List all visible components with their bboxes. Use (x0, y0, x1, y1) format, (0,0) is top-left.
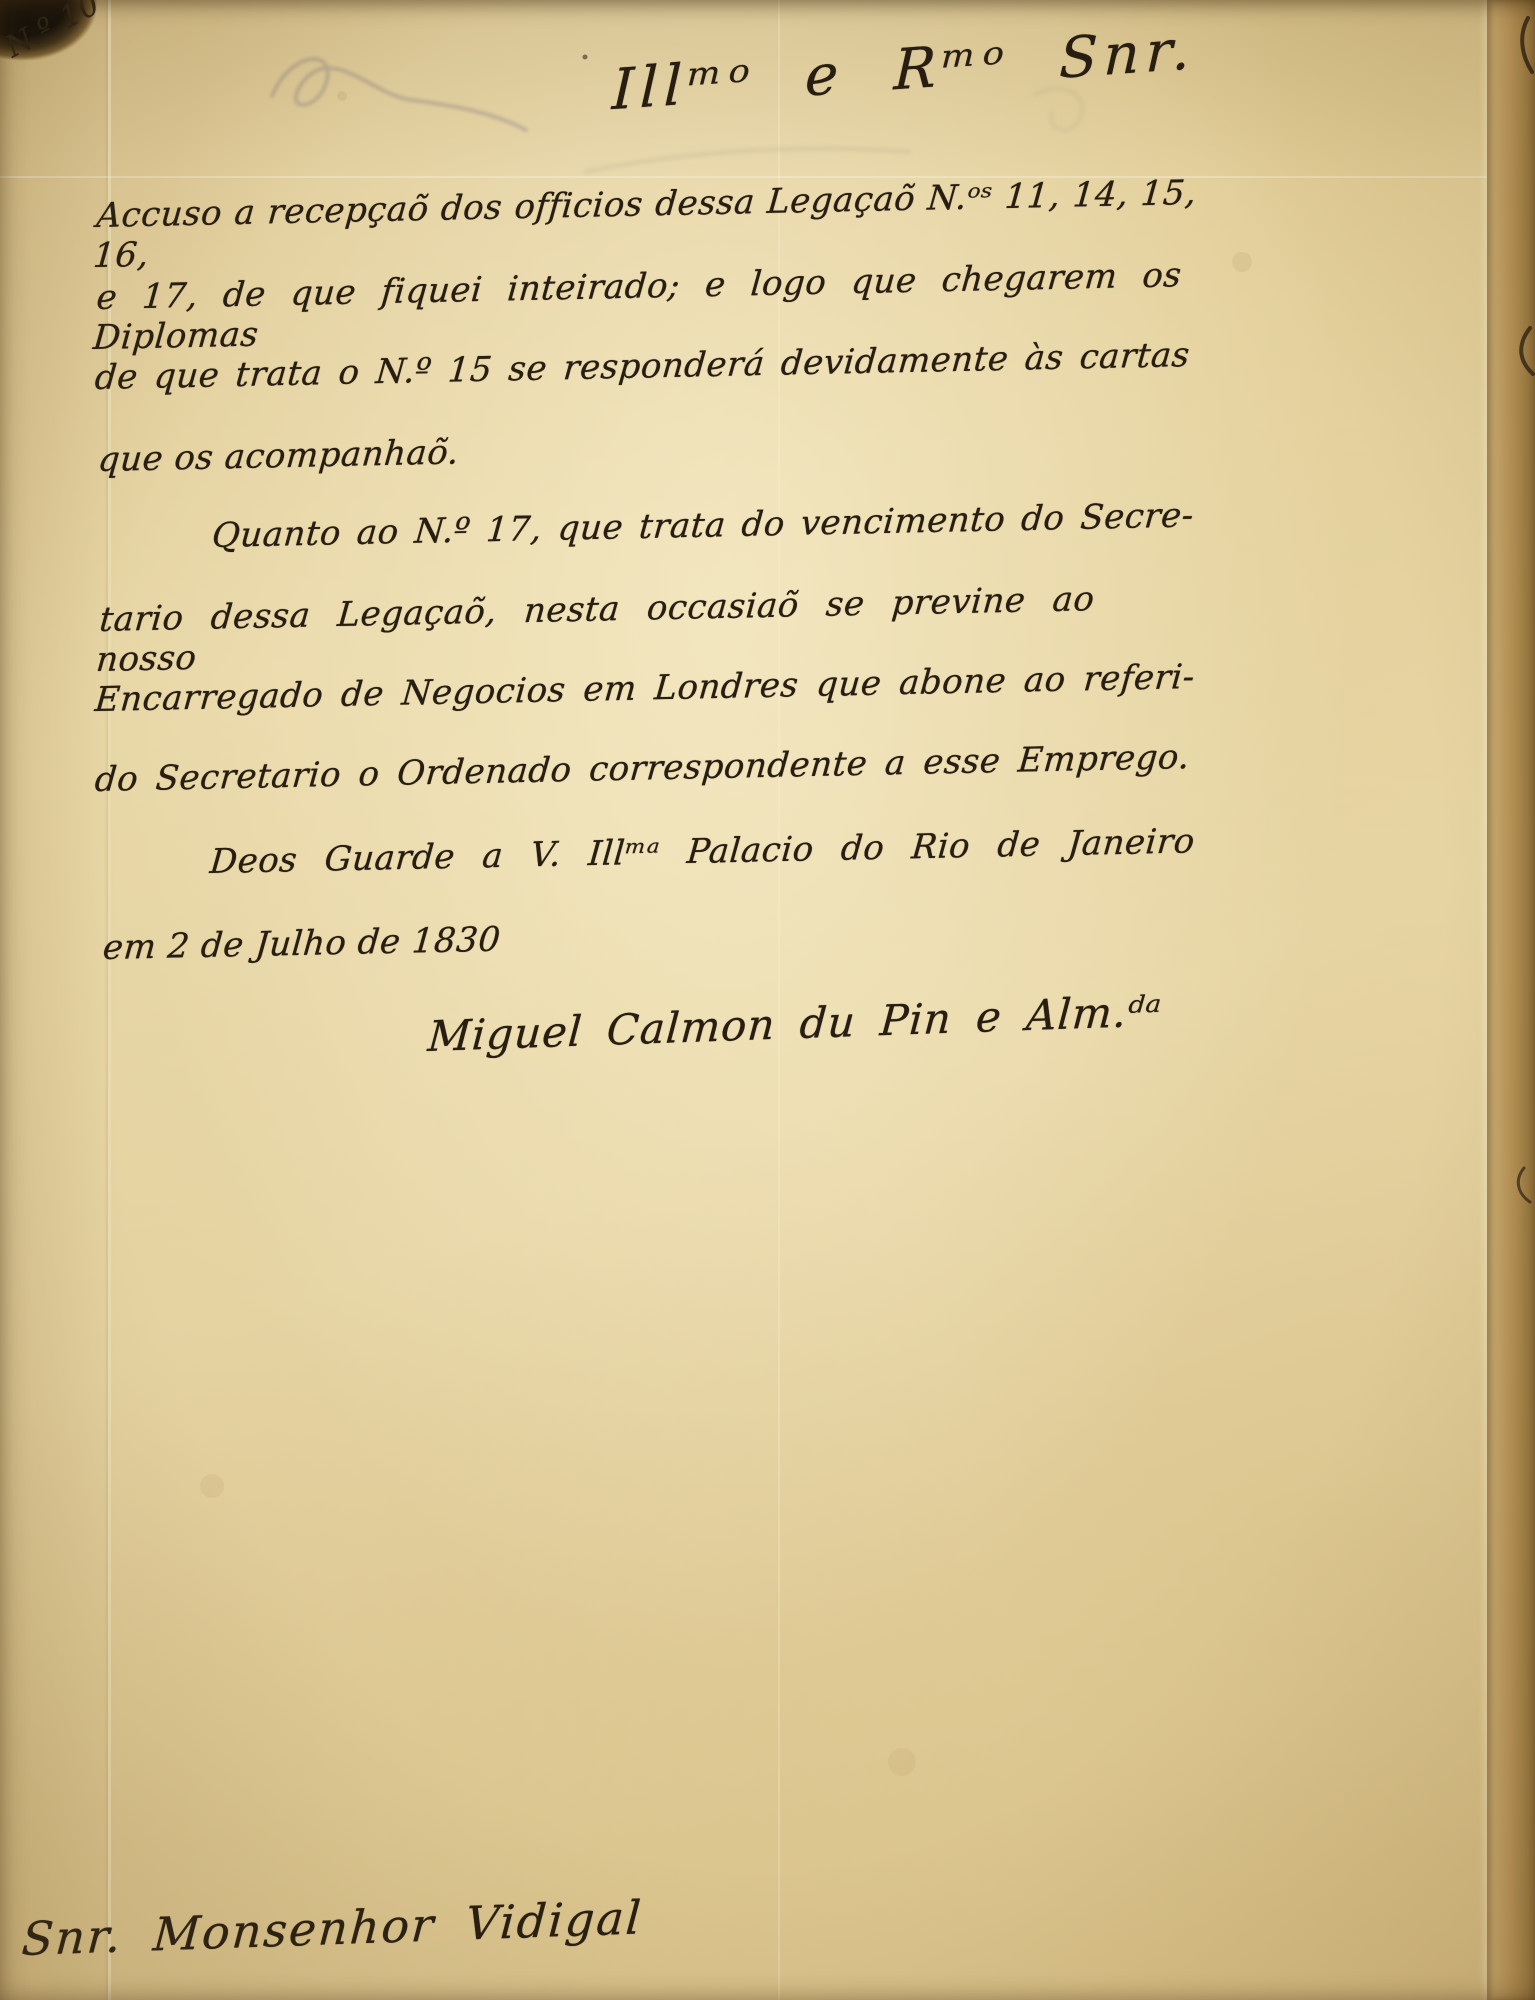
ink-dot (583, 55, 588, 60)
adjacent-page-edge (1487, 0, 1535, 2000)
paper-stain (1232, 252, 1252, 272)
manuscript-page: N.º 10 Illᵐᵒ e Rᵐᵒ Snr. Accuso a recepça… (0, 0, 1535, 2000)
body-line-4: que os acompanhaõ. (96, 432, 460, 480)
paper-stain (200, 1474, 224, 1498)
paper-stain (337, 91, 347, 101)
date-line: em 2 de Julho de 1830 (101, 920, 502, 968)
salutation: Illᵐᵒ e Rᵐᵒ Snr. (611, 17, 1197, 123)
addressee: Snr. Monsenhor Vidigal (20, 1890, 644, 1966)
signature: Miguel Calmon du Pin e Alm.ᵈᵃ (426, 986, 1163, 1061)
paper-stain (888, 1748, 916, 1776)
paper-crease-top (0, 176, 1487, 178)
pencil-scribble (272, 59, 526, 130)
pencil-streak (585, 149, 910, 172)
body-line-5: Quanto ao N.º 17, que trata do venciment… (210, 495, 1195, 556)
closing-line: Deos Guarde a V. Illᵐᵃ Palacio do Rio de… (208, 821, 1196, 882)
pencil-swirl (1035, 88, 1082, 130)
body-line-8: do Secretario o Ordenado correspondente … (93, 737, 1191, 800)
